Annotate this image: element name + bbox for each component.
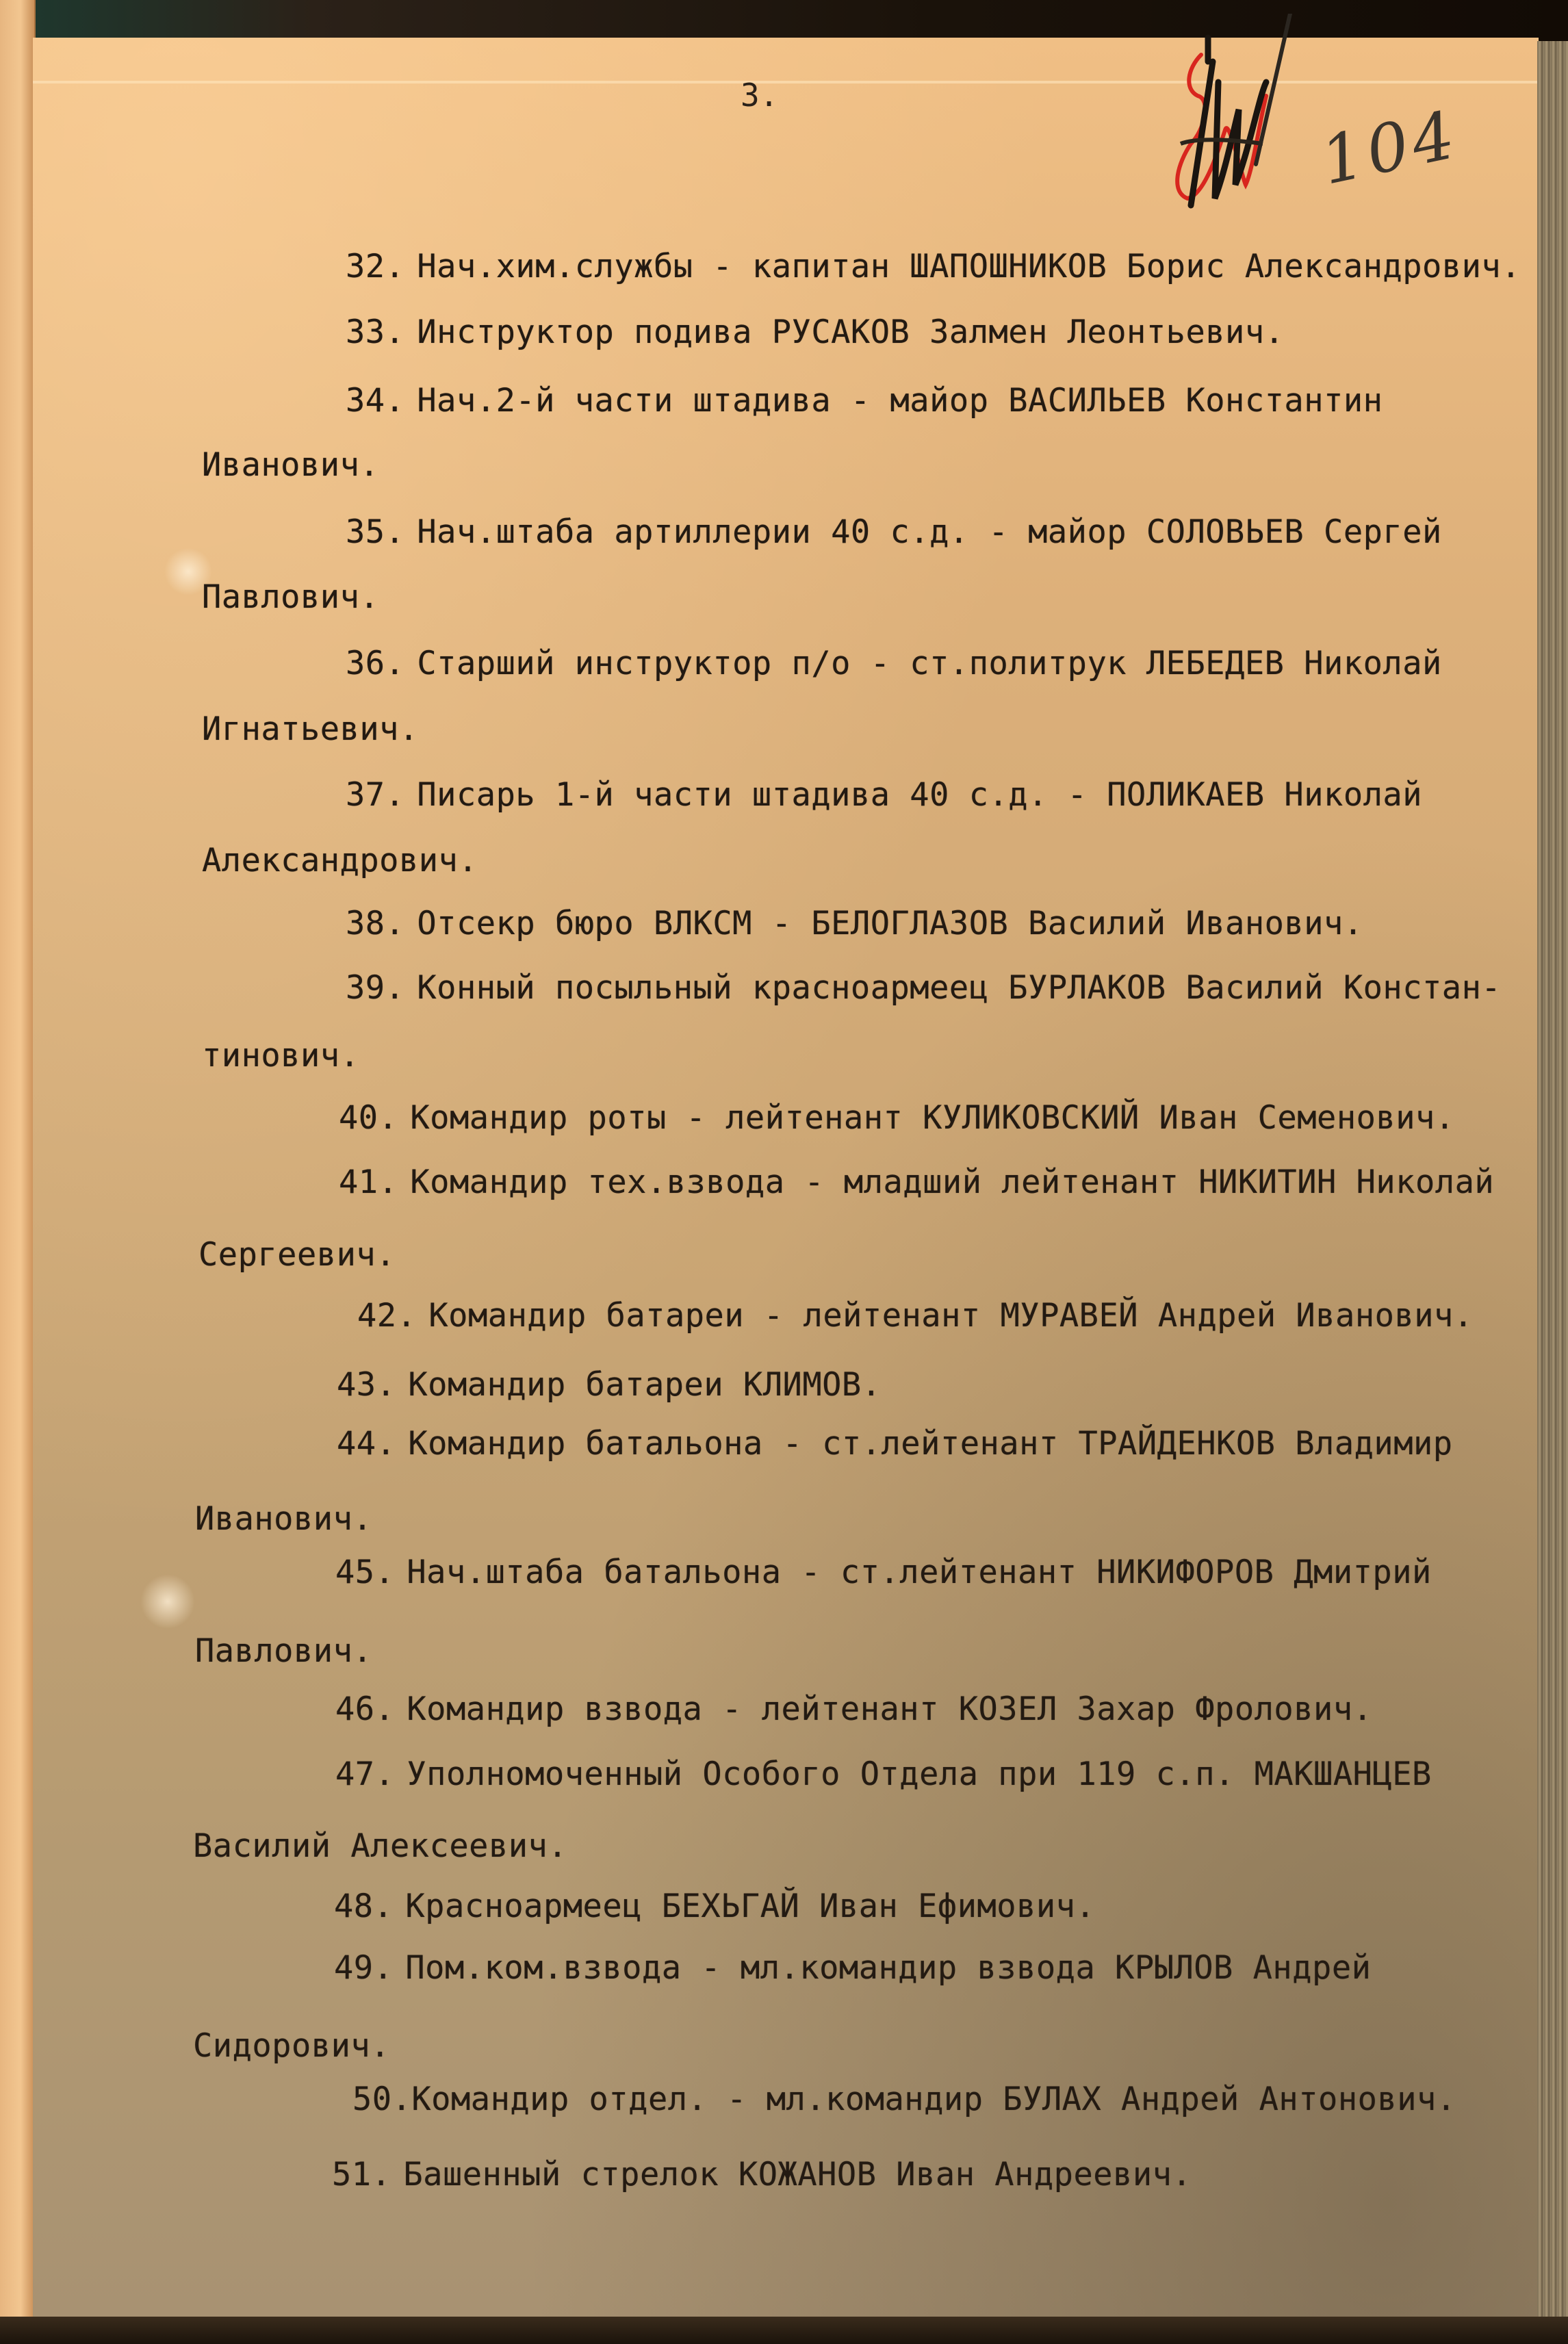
list-item: 51.Башенный стрелок КОЖАНОВ Иван Андреев… <box>332 2156 1192 2193</box>
list-item-continuation: Павлович. <box>202 578 379 616</box>
item-text: Красноармеец БЕХЬГАЙ Иван Ефимович. <box>405 1888 1095 1925</box>
list-item-continuation: Игнатьевич. <box>202 710 419 748</box>
item-number: 38. <box>346 905 404 942</box>
item-number: 44. <box>337 1425 396 1463</box>
item-text: Башенный стрелок КОЖАНОВ Иван Андреевич. <box>403 2156 1192 2193</box>
item-text: Нач.штаба батальона - ст.лейтенант НИКИФ… <box>407 1554 1431 1591</box>
list-item: 49.Пом.ком.взвода - мл.командир взвода К… <box>334 1949 1371 1987</box>
item-text: Старший инструктор п/о - ст.политрук ЛЕБ… <box>417 645 1441 682</box>
list-item-continuation: Василий Алексеевич. <box>193 1827 567 1865</box>
item-number: 45. <box>335 1554 394 1591</box>
list-item: 36.Старший инструктор п/о - ст.политрук … <box>346 645 1442 682</box>
item-text: Нач.хим.службы - капитан ШАПОШНИКОВ Бори… <box>417 248 1521 285</box>
item-number: 40. <box>339 1099 398 1137</box>
item-number: 51. <box>332 2156 391 2193</box>
item-text: Отсекр бюро ВЛКСМ - БЕЛОГЛАЗОВ Василий И… <box>417 905 1363 942</box>
item-text: Уполномоченный Особого Отдела при 119 с.… <box>407 1755 1431 1793</box>
page-number: 3. <box>741 77 778 114</box>
item-text: Командир отдел. - мл.командир БУЛАХ Андр… <box>411 2081 1456 2118</box>
item-number: 42. <box>357 1297 416 1335</box>
item-number: 34. <box>346 382 404 420</box>
item-text: Командир роты - лейтенант КУЛИКОВСКИЙ Ив… <box>410 1099 1454 1137</box>
item-text: Конный посыльный красноармеец БУРЛАКОВ В… <box>417 969 1501 1007</box>
list-item: 33.Инструктор подива РУСАКОВ Залмен Леон… <box>346 313 1284 351</box>
paper-stain <box>140 1574 195 1629</box>
item-text: Командир взвода - лейтенант КОЗЕЛ Захар … <box>407 1690 1372 1728</box>
list-item: 42.Командир батареи - лейтенант МУРАВЕЙ … <box>357 1297 1474 1335</box>
item-number: 46. <box>335 1690 394 1728</box>
item-text: Командир тех.взвода - младший лейтенант … <box>410 1163 1494 1201</box>
item-number: 32. <box>346 248 404 285</box>
list-item: 32.Нач.хим.службы - капитан ШАПОШНИКОВ Б… <box>346 248 1521 285</box>
item-number: 47. <box>335 1755 394 1793</box>
stacked-page-edges <box>1537 41 1568 2320</box>
list-item: 43.Командир батареи КЛИМОВ. <box>337 1366 882 1404</box>
list-item: 47.Уполномоченный Особого Отдела при 119… <box>335 1755 1432 1793</box>
list-item: 44.Командир батальона - ст.лейтенант ТРА… <box>337 1425 1453 1463</box>
list-item: 38.Отсекр бюро ВЛКСМ - БЕЛОГЛАЗОВ Васили… <box>346 905 1363 942</box>
item-number: 36. <box>346 645 404 682</box>
item-number: 50. <box>352 2081 411 2118</box>
item-text: Командир батареи КЛИМОВ. <box>408 1366 881 1404</box>
list-item: 34.Нач.2-й части штадива - майор ВАСИЛЬЕ… <box>346 382 1383 420</box>
item-number: 43. <box>337 1366 396 1404</box>
item-text: Инструктор подива РУСАКОВ Залмен Леонтье… <box>417 313 1284 351</box>
list-item: 48.Красноармеец БЕХЬГАЙ Иван Ефимович. <box>334 1888 1095 1925</box>
list-item: 39.Конный посыльный красноармеец БУРЛАКО… <box>346 969 1501 1007</box>
list-item: 45.Нач.штаба батальона - ст.лейтенант НИ… <box>335 1554 1432 1591</box>
previous-page-edge <box>0 0 36 2344</box>
list-item: 41.Командир тех.взвода - младший лейтена… <box>339 1163 1494 1201</box>
item-number: 48. <box>334 1888 393 1925</box>
item-text: Нач.2-й части штадива - майор ВАСИЛЬЕВ К… <box>417 382 1383 420</box>
item-text: Пом.ком.взвода - мл.командир взвода КРЫЛ… <box>405 1949 1371 1987</box>
list-item-continuation: тинович. <box>202 1037 359 1074</box>
list-item-continuation: Иванович. <box>202 446 379 484</box>
bottom-edge <box>0 2317 1568 2344</box>
item-text: Писарь 1-й части штадива 40 с.д. - ПОЛИК… <box>417 776 1422 814</box>
list-item-continuation: Александрович. <box>202 842 478 879</box>
item-number: 33. <box>346 313 404 351</box>
list-item-continuation: Павлович. <box>195 1632 372 1670</box>
list-item-continuation: Иванович. <box>195 1500 372 1538</box>
list-item: 40.Командир роты - лейтенант КУЛИКОВСКИЙ… <box>339 1099 1455 1137</box>
list-item: 50.Командир отдел. - мл.командир БУЛАХ А… <box>352 2081 1456 2118</box>
item-number: 39. <box>346 969 404 1007</box>
item-number: 37. <box>346 776 404 814</box>
list-item: 37.Писарь 1-й части штадива 40 с.д. - ПО… <box>346 776 1422 814</box>
list-item-continuation: Сергеевич. <box>198 1236 396 1274</box>
item-number: 35. <box>346 513 404 551</box>
item-text: Нач.штаба артиллерии 40 с.д. - майор СОЛ… <box>417 513 1441 551</box>
list-item-continuation: Сидорович. <box>193 2027 390 2065</box>
list-item: 35.Нач.штаба артиллерии 40 с.д. - майор … <box>346 513 1442 551</box>
item-number: 41. <box>339 1163 398 1201</box>
item-text: Командир батареи - лейтенант МУРАВЕЙ Анд… <box>428 1297 1473 1335</box>
list-item: 46.Командир взвода - лейтенант КОЗЕЛ Зах… <box>335 1690 1372 1728</box>
item-text: Командир батальона - ст.лейтенант ТРАЙДЕ… <box>408 1425 1452 1463</box>
item-number: 49. <box>334 1949 393 1987</box>
